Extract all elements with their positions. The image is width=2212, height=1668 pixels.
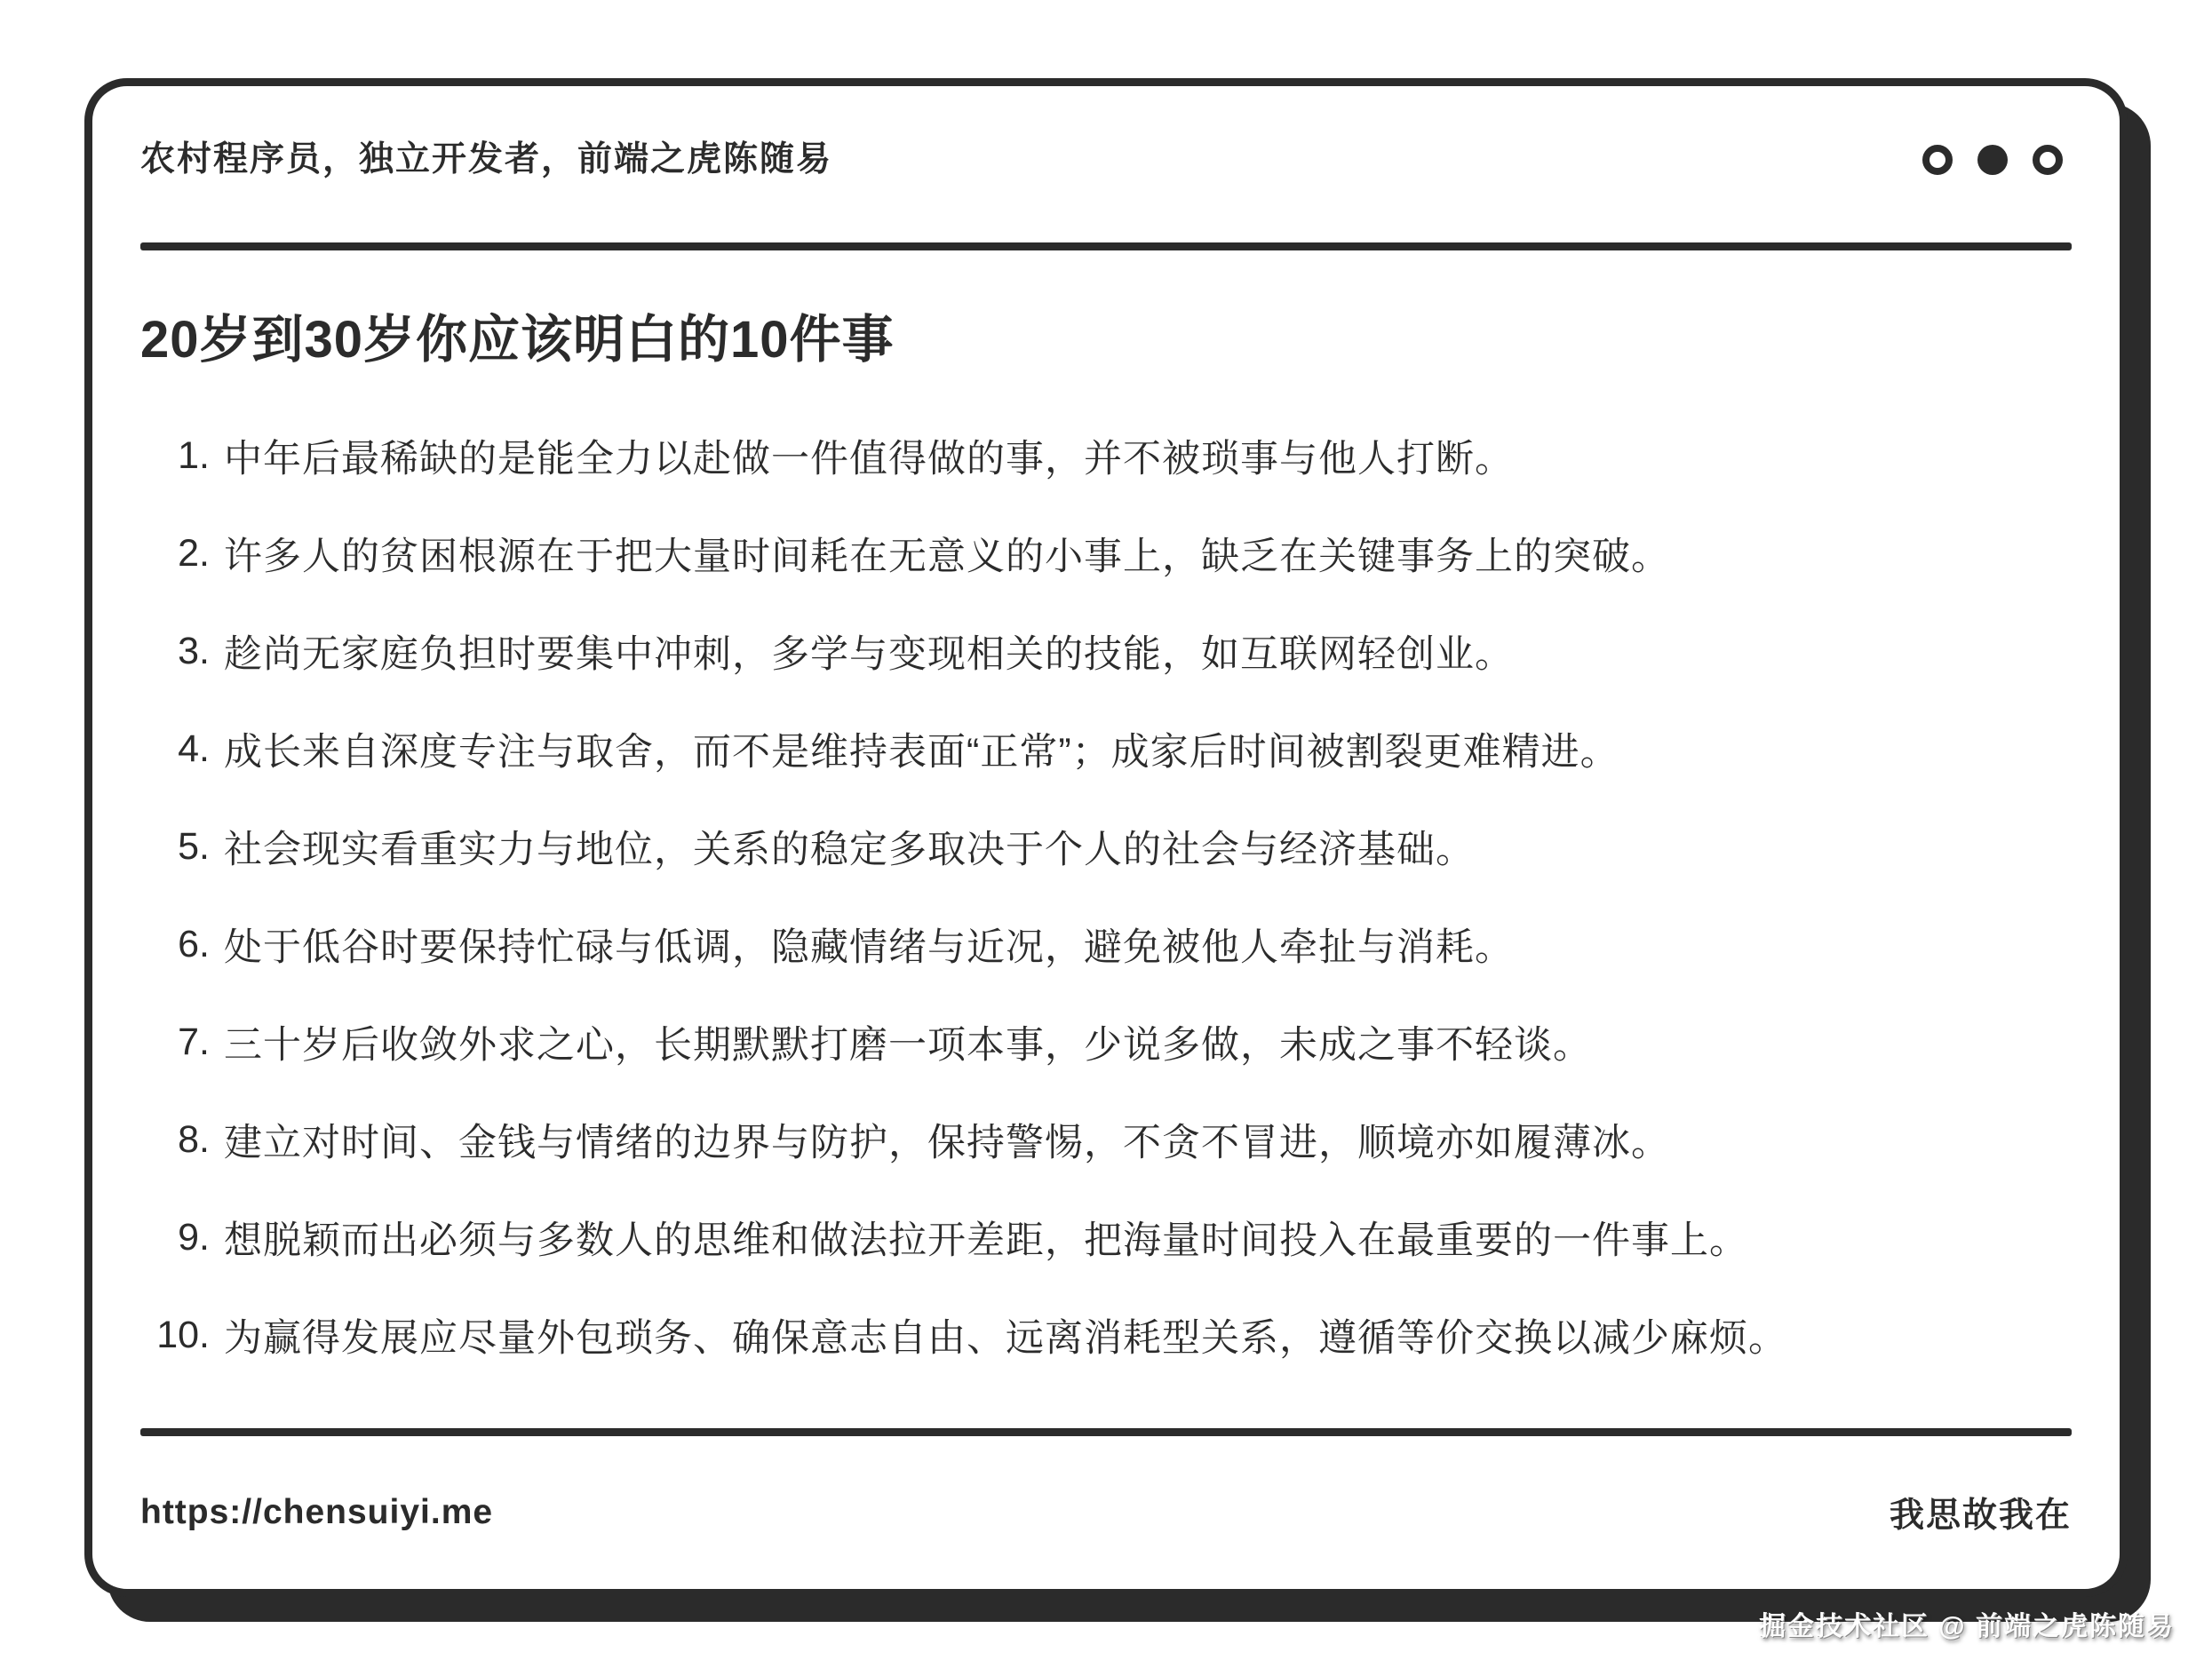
list-item: 9.想脱颖而出必须与多数人的思维和做法拉开差距，把海量时间投入在最重要的一件事上… xyxy=(140,1188,2072,1286)
list-item: 5.社会现实看重实力与地位，关系的稳定多取决于个人的社会与经济基础。 xyxy=(140,798,2072,895)
list-item-text: 许多人的贫困根源在于把大量时间耗在无意义的小事上，缺乏在关键事务上的突破。 xyxy=(224,527,1670,581)
list-item-number: 2. xyxy=(140,532,210,576)
list-item-text: 趁尚无家庭负担时要集中冲刺，多学与变现相关的技能，如互联网轻创业。 xyxy=(224,624,1514,679)
list-item: 6.处于低谷时要保持忙碌与低调，隐藏情绪与近况，避免被他人牵扯与消耗。 xyxy=(140,895,2072,993)
list-item-number: 3. xyxy=(140,630,210,673)
list-item-text: 三十岁后收敛外求之心，长期默默打磨一项本事，少说多做，未成之事不轻谈。 xyxy=(224,1015,1592,1069)
list-item: 10.为赢得发展应尽量外包琐务、确保意志自由、远离消耗型关系，遵循等价交换以减少… xyxy=(140,1286,2072,1384)
list-item-number: 9. xyxy=(140,1216,210,1259)
website-url: https://chensuiyi.me xyxy=(140,1493,493,1532)
list-item-number: 4. xyxy=(140,727,210,771)
list-item-number: 6. xyxy=(140,923,210,966)
list-item-text: 为赢得发展应尽量外包琐务、确保意志自由、远离消耗型关系，遵循等价交换以减少麻烦。 xyxy=(224,1308,1787,1362)
list-item-text: 中年后最稀缺的是能全力以赴做一件值得做的事，并不被琐事与他人打断。 xyxy=(224,429,1514,483)
page: 农村程序员，独立开发者，前端之虎陈随易 20岁到30岁你应该明白的10件事 1.… xyxy=(0,0,2212,1668)
advice-list: 1.中年后最稀缺的是能全力以赴做一件值得做的事，并不被琐事与他人打断。2.许多人… xyxy=(140,407,2072,1384)
window-dot-outline-icon xyxy=(2033,145,2063,175)
window-dot-filled-icon xyxy=(1977,145,2008,175)
window-dot-outline-icon xyxy=(1922,145,1953,175)
list-item-text: 建立对时间、金钱与情绪的边界与防护，保持警惕，不贪不冒进，顺境亦如履薄冰。 xyxy=(224,1113,1670,1167)
footer-motto: 我思故我在 xyxy=(1890,1488,2072,1537)
list-item-text: 成长来自深度专注与取舍，而不是维持表面“正常”；成家后时间被割裂更难精进。 xyxy=(224,722,1619,776)
author-byline: 农村程序员，独立开发者，前端之虎陈随易 xyxy=(140,139,832,180)
quote-card: 农村程序员，独立开发者，前端之虎陈随易 20岁到30岁你应该明白的10件事 1.… xyxy=(84,78,2128,1597)
list-item-text: 处于低谷时要保持忙碌与低调，隐藏情绪与近况，避免被他人牵扯与消耗。 xyxy=(224,917,1514,972)
footer-divider xyxy=(140,1428,2072,1436)
list-item-number: 8. xyxy=(140,1118,210,1162)
community-watermark: 掘金技术社区 @ 前端之虎陈随易 xyxy=(1759,1604,2175,1643)
card-inner: 农村程序员，独立开发者，前端之虎陈随易 20岁到30岁你应该明白的10件事 1.… xyxy=(92,86,2120,1589)
card-header: 农村程序员，独立开发者，前端之虎陈随易 xyxy=(140,139,2072,180)
list-item-text: 社会现实看重实力与地位，关系的稳定多取决于个人的社会与经济基础。 xyxy=(224,820,1475,874)
list-item: 3.趁尚无家庭负担时要集中冲刺，多学与变现相关的技能，如互联网轻创业。 xyxy=(140,602,2072,700)
list-item-text: 想脱颖而出必须与多数人的思维和做法拉开差距，把海量时间投入在最重要的一件事上。 xyxy=(224,1211,1748,1265)
card-footer: https://chensuiyi.me 我思故我在 xyxy=(140,1488,2072,1537)
header-divider xyxy=(140,242,2072,250)
list-item: 2.许多人的贫困根源在于把大量时间耗在无意义的小事上，缺乏在关键事务上的突破。 xyxy=(140,504,2072,602)
window-dots xyxy=(1922,145,2063,175)
page-title: 20岁到30岁你应该明白的10件事 xyxy=(140,309,2072,371)
list-item-number: 5. xyxy=(140,825,210,869)
list-item: 1.中年后最稀缺的是能全力以赴做一件值得做的事，并不被琐事与他人打断。 xyxy=(140,407,2072,504)
list-item: 4.成长来自深度专注与取舍，而不是维持表面“正常”；成家后时间被割裂更难精进。 xyxy=(140,700,2072,798)
list-item: 8.建立对时间、金钱与情绪的边界与防护，保持警惕，不贪不冒进，顺境亦如履薄冰。 xyxy=(140,1091,2072,1188)
list-item: 7.三十岁后收敛外求之心，长期默默打磨一项本事，少说多做，未成之事不轻谈。 xyxy=(140,993,2072,1091)
list-item-number: 7. xyxy=(140,1021,210,1064)
list-item-number: 10. xyxy=(140,1314,210,1357)
list-item-number: 1. xyxy=(140,434,210,478)
